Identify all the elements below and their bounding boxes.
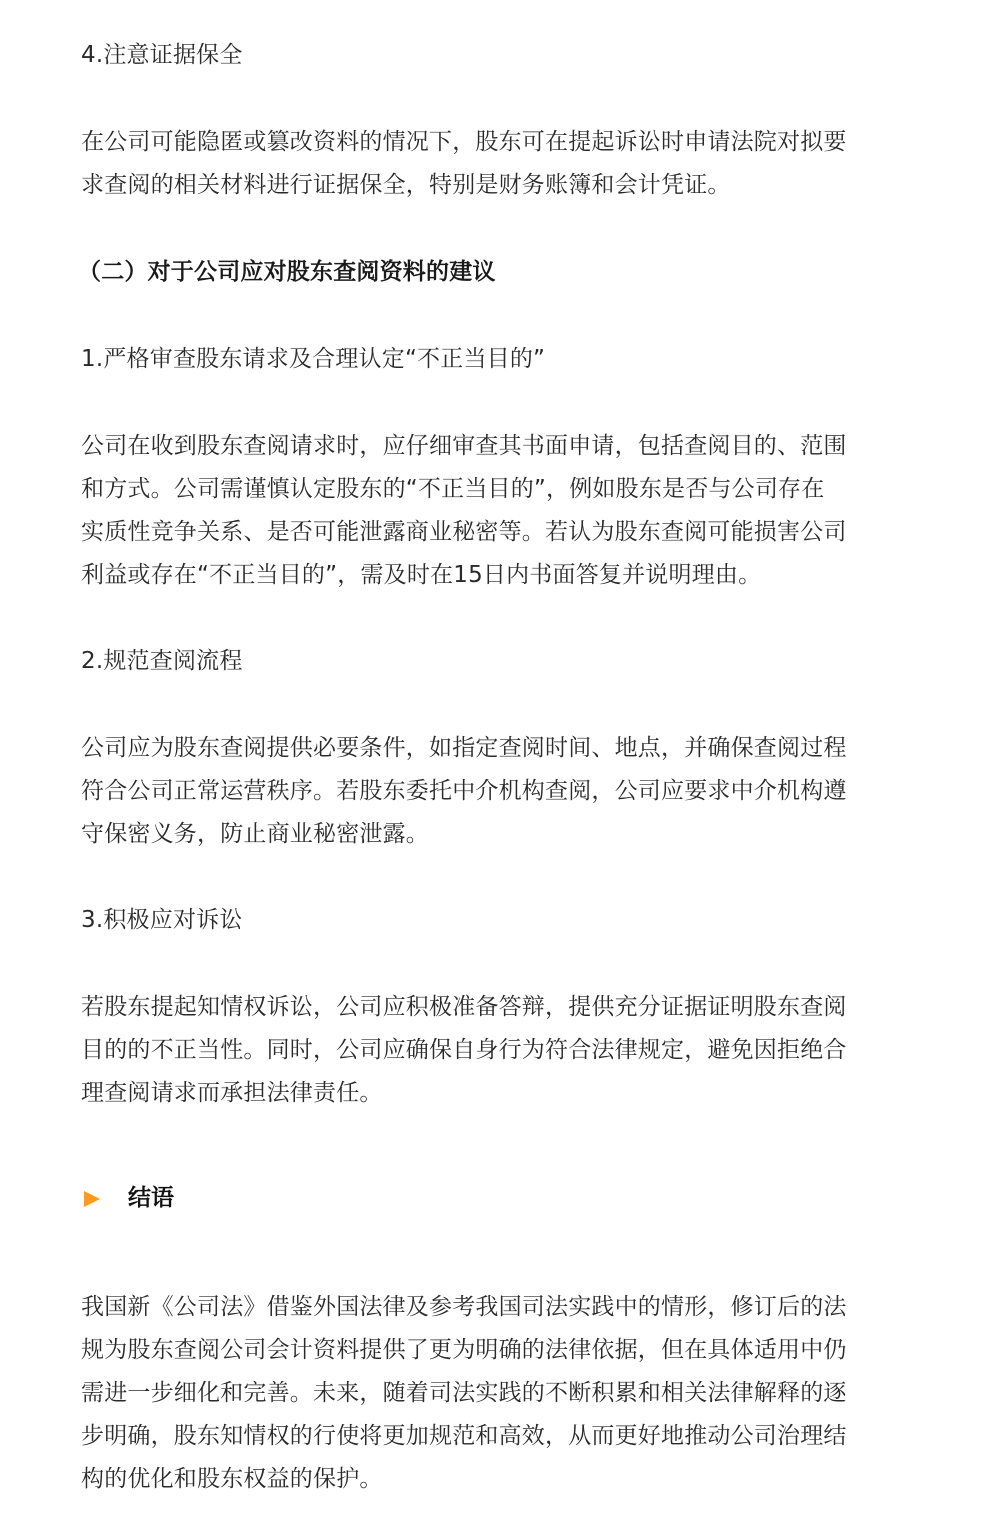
- paragraph-line: 求查阅的相关材料进行证据保全，特别是财务账簿和会计凭证。: [81, 164, 891, 207]
- paragraph-line: 目的的不正当性。同时，公司应确保自身行为符合法律规定，避免因拒绝合: [81, 1029, 891, 1072]
- paragraph-line: 我国新《公司法》借鉴外国法律及参考我国司法实践中的情形，修订后的法: [81, 1286, 891, 1329]
- paragraph-line: 和方式。公司需谨慎认定股东的“不正当目的”，例如股东是否与公司存在: [81, 468, 891, 511]
- section-heading-conclusion: 结语: [84, 1177, 174, 1220]
- paragraph-line: 守保密义务，防止商业秘密泄露。: [81, 813, 891, 856]
- paragraph-line: 规为股东查阅公司会计资料提供了更为明确的法律依据，但在具体适用中仍: [81, 1329, 891, 1372]
- paragraph-line: 构的优化和股东权益的保护。: [81, 1458, 891, 1501]
- item-heading-evidence-preservation: 4.注意证据保全: [81, 34, 891, 77]
- article-body: 4.注意证据保全 在公司可能隐匿或篡改资料的情况下，股东可在提起诉讼时申请法院对…: [0, 0, 986, 1530]
- paragraph-litigation: 若股东提起知情权诉讼，公司应积极准备答辩，提供充分证据证明股东查阅 目的的不正当…: [81, 986, 891, 1115]
- item-heading-review-requests: 1.严格审查股东请求及合理认定“不正当目的”: [81, 338, 891, 381]
- paragraph-line: 理查阅请求而承担法律责任。: [81, 1072, 891, 1115]
- paragraph-line: 利益或存在“不正当目的”，需及时在15日内书面答复并说明理由。: [81, 554, 891, 597]
- paragraph-line: 需进一步细化和完善。未来，随着司法实践的不断积累和相关法律解释的逐: [81, 1372, 891, 1415]
- paragraph-line: 公司在收到股东查阅请求时，应仔细审查其书面申请，包括查阅目的、范围: [81, 425, 891, 468]
- paragraph-line: 公司应为股东查阅提供必要条件，如指定查阅时间、地点，并确保查阅过程: [81, 727, 891, 770]
- section-title: 结语: [128, 1177, 174, 1220]
- paragraph-evidence-preservation: 在公司可能隐匿或篡改资料的情况下，股东可在提起诉讼时申请法院对拟要 求查阅的相关…: [81, 121, 891, 207]
- paragraph-line: 符合公司正常运营秩序。若股东委托中介机构查阅，公司应要求中介机构遵: [81, 770, 891, 813]
- paragraph-standardize-process: 公司应为股东查阅提供必要条件，如指定查阅时间、地点，并确保查阅过程 符合公司正常…: [81, 727, 891, 856]
- subsection-heading-company-recommendations: （二）对于公司应对股东查阅资料的建议: [78, 251, 888, 294]
- item-heading-standardize-process: 2.规范查阅流程: [81, 640, 891, 683]
- paragraph-review-requests: 公司在收到股东查阅请求时，应仔细审查其书面申请，包括查阅目的、范围 和方式。公司…: [81, 425, 891, 597]
- paragraph-line: 在公司可能隐匿或篡改资料的情况下，股东可在提起诉讼时申请法院对拟要: [81, 121, 891, 164]
- paragraph-line: 步明确，股东知情权的行使将更加规范和高效，从而更好地推动公司治理结: [81, 1415, 891, 1458]
- item-heading-litigation: 3.积极应对诉讼: [81, 899, 891, 942]
- paragraph-line: 若股东提起知情权诉讼，公司应积极准备答辩，提供充分证据证明股东查阅: [81, 986, 891, 1029]
- paragraph-line: 实质性竞争关系、是否可能泄露商业秘密等。若认为股东查阅可能损害公司: [81, 511, 891, 554]
- triangle-right-icon: [84, 1191, 100, 1207]
- paragraph-conclusion: 我国新《公司法》借鉴外国法律及参考我国司法实践中的情形，修订后的法 规为股东查阅…: [81, 1286, 891, 1501]
